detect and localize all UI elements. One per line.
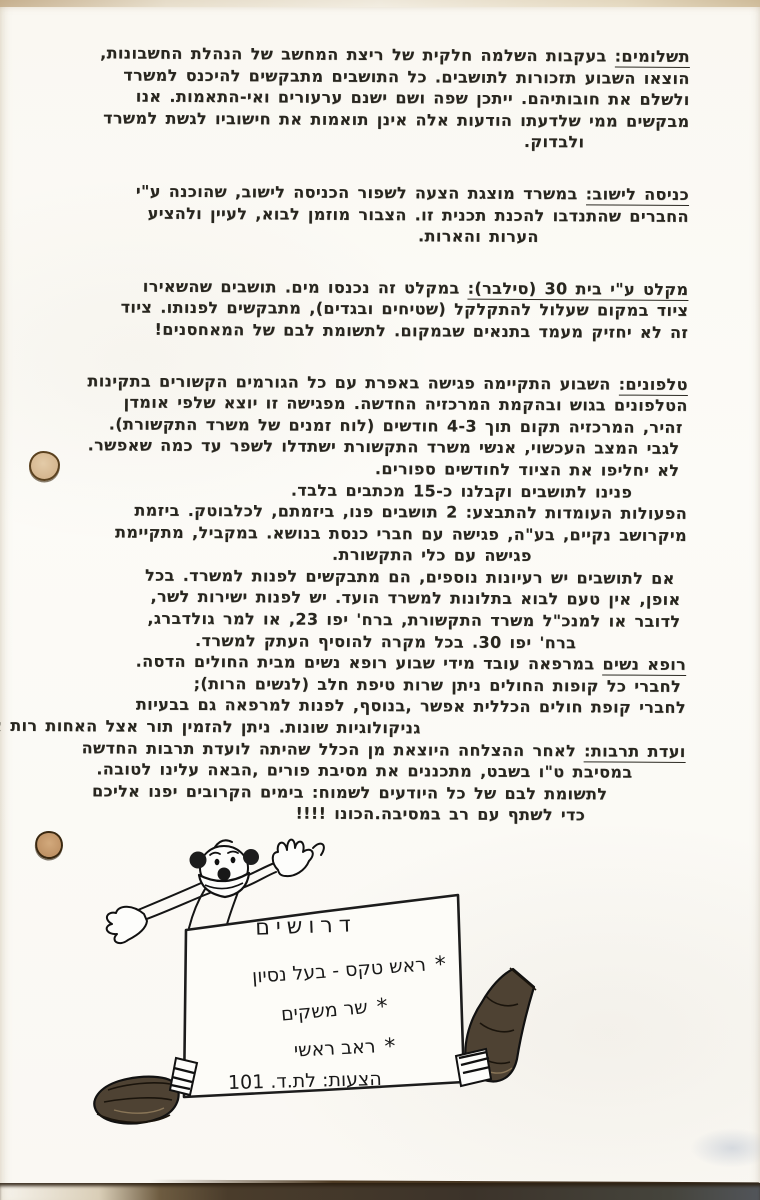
photo-edge-bottom [0,1183,760,1200]
left-glove [107,907,147,943]
clown-illustration [80,818,580,1148]
text-line: לדובר או למנכ"ל משרד התקשורת, ברח' יפו 2… [70,607,680,632]
section-header: טלפונים: [619,374,688,395]
section: רופא נשים במרפאה עובד מידי שבוע רופא נשי… [70,650,687,740]
text-line: החברים שהתנדבו להכנת תכנית זו. הצבור מוז… [73,202,689,227]
text-line: פגישה עם כלי התקשורת. [71,543,532,567]
text-line: ברח' יפו 30. בכל מקרה להוסיף העתק למשרד. [70,629,576,654]
section-header: כניסה לישוב: [586,184,690,206]
text-line: רופא נשים במרפאה עובד מידי שבוע רופא נשי… [70,650,686,675]
text-line: זה לא יחזיק מעמד בתנאים שבמקום. לתשומת ל… [72,318,688,343]
sign-board [184,895,464,1097]
text-line: תשלומים: בעקבות השלמה חלקית של ריצת המחש… [74,42,690,67]
text-line: לגבי המצב העכשוי, אנשי משרד התקשורת ישתד… [71,435,679,460]
left-boot [94,1077,178,1124]
clown-head [190,840,260,897]
section-header: רופא נשים [602,655,686,677]
right-sock [456,1049,491,1086]
torso-line [189,886,207,928]
text-line: גניקולוגיות שונות. ניתן להזמין תור אצל ה… [70,715,421,739]
section: טלפונים: השבוע התקיימה פגישה באפרת עם כל… [70,370,688,654]
text-line: הערות והארות. [73,223,539,247]
section-header: מקלט ע"י בית 30 (סילבר): [468,278,689,300]
document-body: תשלומים: בעקבות השלמה חלקית של ריצת המחש… [69,42,690,827]
section-header: ועדת תרבות: [584,741,686,763]
hole-punch-stain [29,451,60,481]
scan-smudge [690,1128,760,1168]
text-line: במסיבת ט"ו בשבט, מתכננים את מסיבת פורים … [70,758,633,783]
section: מקלט ע"י בית 30 (סילבר): במקלט זה נכנסו … [72,275,688,344]
hole-punch-stain [32,828,65,861]
text-line: מבקשים ממי שלדעתו הודעות אלה אינן תואמות… [73,107,689,132]
text-line: כניסה לישוב: במשרד מוצגת הצעה לשפור הכני… [73,180,689,205]
text-line: מיקרושב נקיים, בע"ה, פגישה עם חברי כנסת … [71,521,687,546]
photo-edge-top [0,0,760,7]
section: כניסה לישוב: במשרד מוצגת הצעה לשפור הכני… [73,180,689,249]
section: תשלומים: בעקבות השלמה חלקית של ריצת המחש… [73,42,690,154]
section: ועדת תרבות: לאחר ההצלחה היוצאת מן הכלל ש… [69,737,686,827]
text-line: לתשומת לבם של כל היודעים לשמוח: בימים הק… [69,780,607,805]
clown-nose [218,868,231,881]
section-header: תשלומים: [615,47,690,68]
text-line: ולבדוק. [73,129,584,154]
raised-glove [273,840,313,877]
document-page: תשלומים: בעקבות השלמה חלקית של ריצת המחש… [0,0,760,1200]
